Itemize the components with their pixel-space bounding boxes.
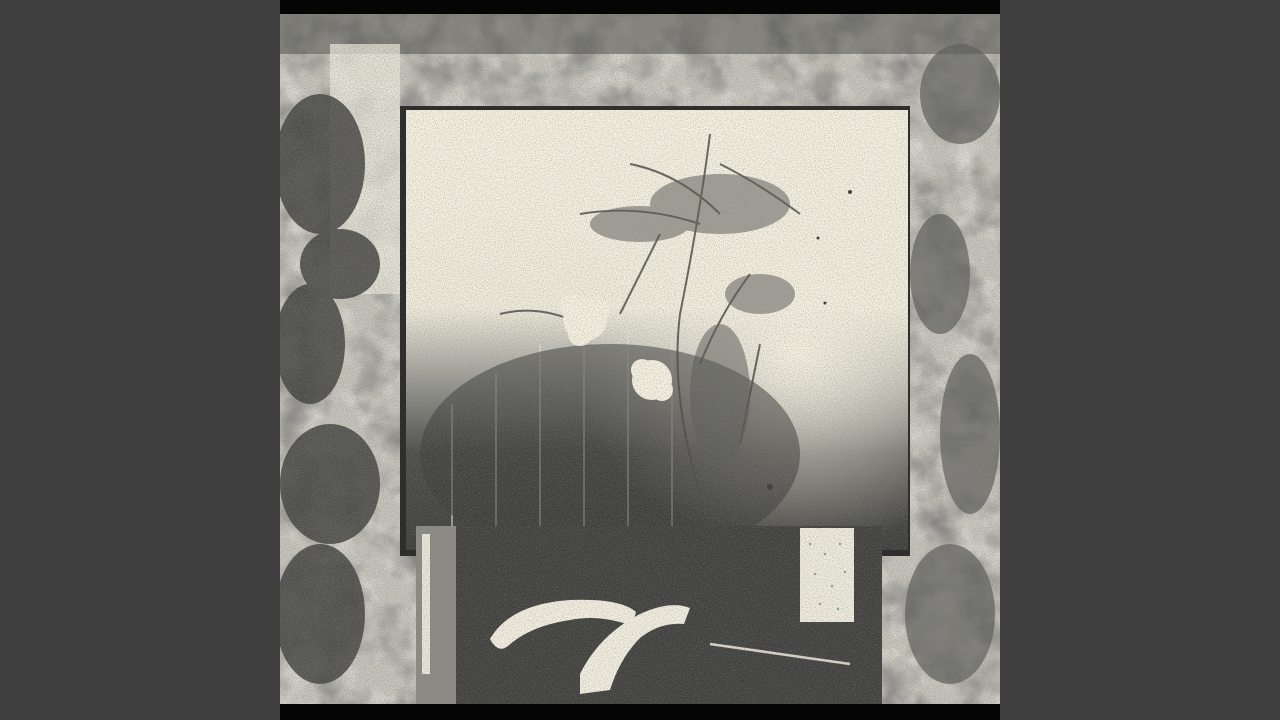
artwork-illustration	[280, 14, 1000, 704]
lower-panel	[416, 526, 882, 704]
album-artwork	[280, 14, 1000, 704]
letterbox-bar-top	[280, 0, 1000, 14]
framed-photo	[400, 106, 910, 564]
letterbox-bar-bottom	[280, 704, 1000, 720]
